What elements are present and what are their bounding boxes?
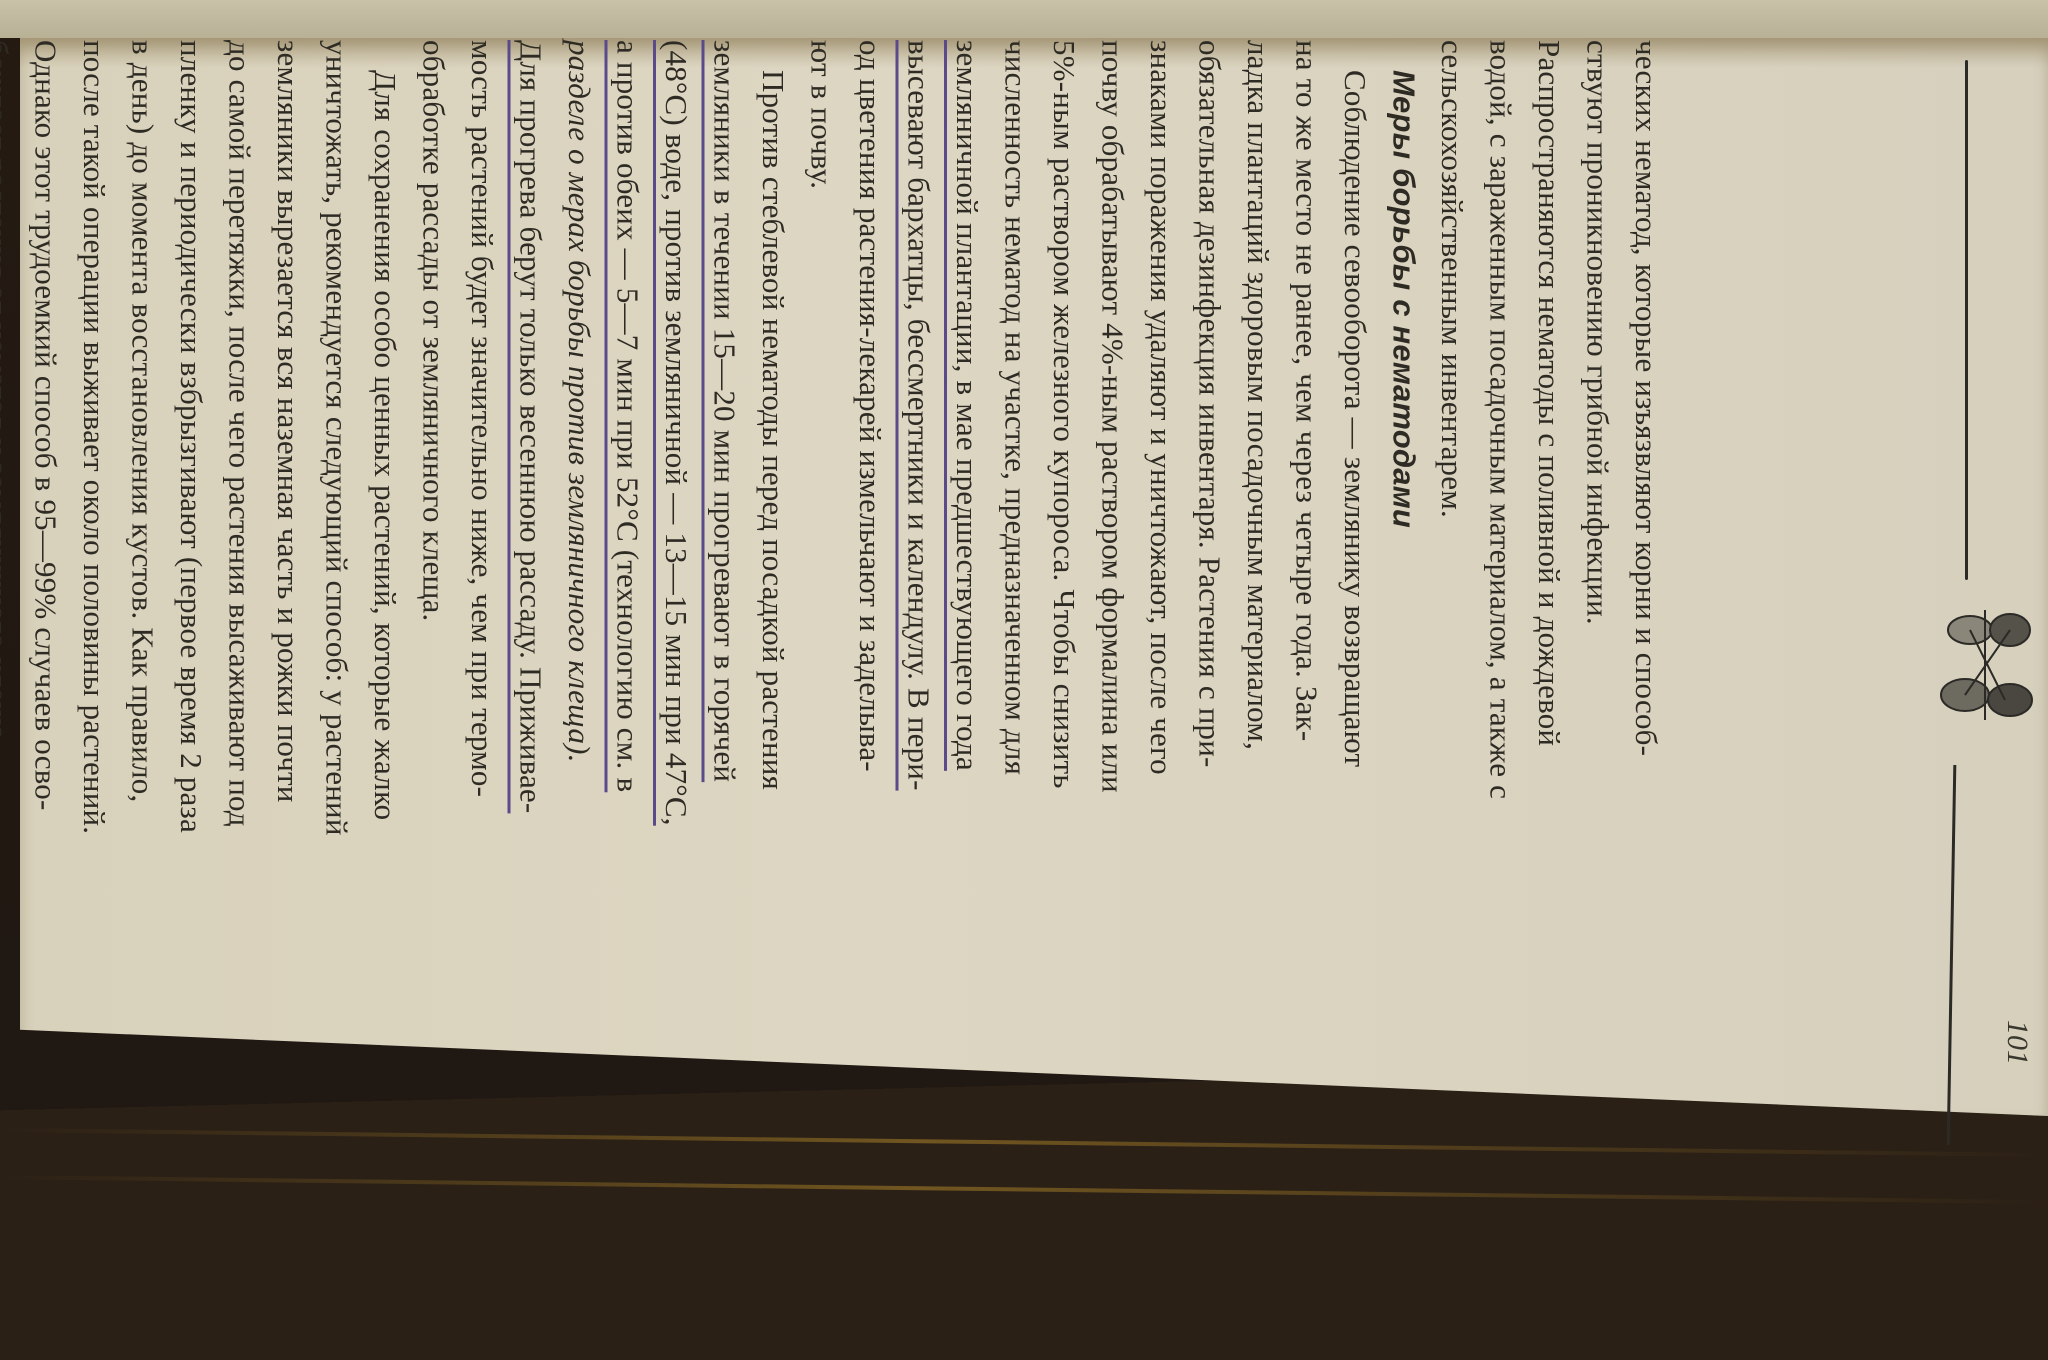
text-line: пленку и периодически взбрызгивают (перв… <box>167 40 216 1100</box>
text-line-underlined: земляники в течении 15—20 мин прогревают… <box>700 40 749 1100</box>
text-line: разделе о мерах борьбы против землянично… <box>555 40 604 1100</box>
page-number: 101 <box>2000 1020 2034 1065</box>
text-line-underlined: Для прогрева берут только весеннюю расса… <box>506 40 555 1100</box>
text-line: обработке рассады от земляничного клеща. <box>409 40 458 1100</box>
text-line: Распространяются нематоды с поливной и д… <box>1525 40 1574 1100</box>
text-line: знаками поражения удаляют и уничтожают, … <box>1137 40 1186 1100</box>
text-line: водой, с зараженным посадочным материало… <box>1476 40 1525 1100</box>
text-line: од цветения растения-лекарей измельчают … <box>846 40 895 1100</box>
text-line: ствуют проникновению грибной инфекции. <box>1573 40 1622 1100</box>
text-line: Для сохранения особо ценных растений, ко… <box>361 40 410 1100</box>
text-line: бождает растения от нематод и землянично… <box>0 40 21 1100</box>
text-line: на то же место не ранее, чем через четыр… <box>1282 40 1331 1100</box>
text-line: в день) до момента восстановления кустов… <box>118 40 167 1100</box>
text-line: ческих нематод, которые изъязвляют корни… <box>1622 40 1671 1100</box>
strawberry-leaf-icon <box>1925 600 2045 730</box>
text-line: Соблюдение севооборота — землянику возвр… <box>1331 40 1380 1100</box>
text-line: почву обрабатывают 4%-ным раствором форм… <box>1088 40 1137 1100</box>
previous-page-strip <box>0 0 2048 38</box>
text-line-underlined: (48°С) воде, против земляничной — 13—15 … <box>652 40 701 1100</box>
text-line-underlined: земляничной плантации, в мае предшествую… <box>943 40 992 1100</box>
text-line: после такой операции выживает около поло… <box>70 40 119 1100</box>
text-line: до самой перетяжки, после чего растения … <box>215 40 264 1100</box>
text-line: уничтожать, рекомендуется следующий спос… <box>312 40 361 1100</box>
text-line: мость растений будет значительно ниже, ч… <box>458 40 507 1100</box>
header-rule-top <box>1965 60 1968 580</box>
section-heading: Меры борьбы с нематодами <box>1379 40 1428 1100</box>
text-line: численность нематод на участке, предназн… <box>991 40 1040 1100</box>
page-text: ческих нематод, которые изъязвляют корни… <box>190 40 1670 1100</box>
text-line: сельскохозяйственным инвентарем. <box>1428 40 1477 1100</box>
text-line: ют в почву. <box>797 40 846 1100</box>
text-line-underlined: высевают бархатцы, бессмертники и календ… <box>894 40 943 1100</box>
text-line: Против стеблевой нематоды перед посадкой… <box>749 40 798 1100</box>
text-line: Однако этот трудоемкий способ в 95—99% с… <box>21 40 70 1100</box>
text-line: земляники вырезается вся наземная часть … <box>264 40 313 1100</box>
text-line: 5%-ным раствором железного купороса. Что… <box>1040 40 1089 1100</box>
text-line: обязательная дезинфекция инвентаря. Раст… <box>1185 40 1234 1100</box>
text-line: ладка плантаций здоровым посадочным мате… <box>1234 40 1283 1100</box>
text-line-underlined: а против обеих — 5—7 мин при 52°С (техно… <box>603 40 652 1100</box>
